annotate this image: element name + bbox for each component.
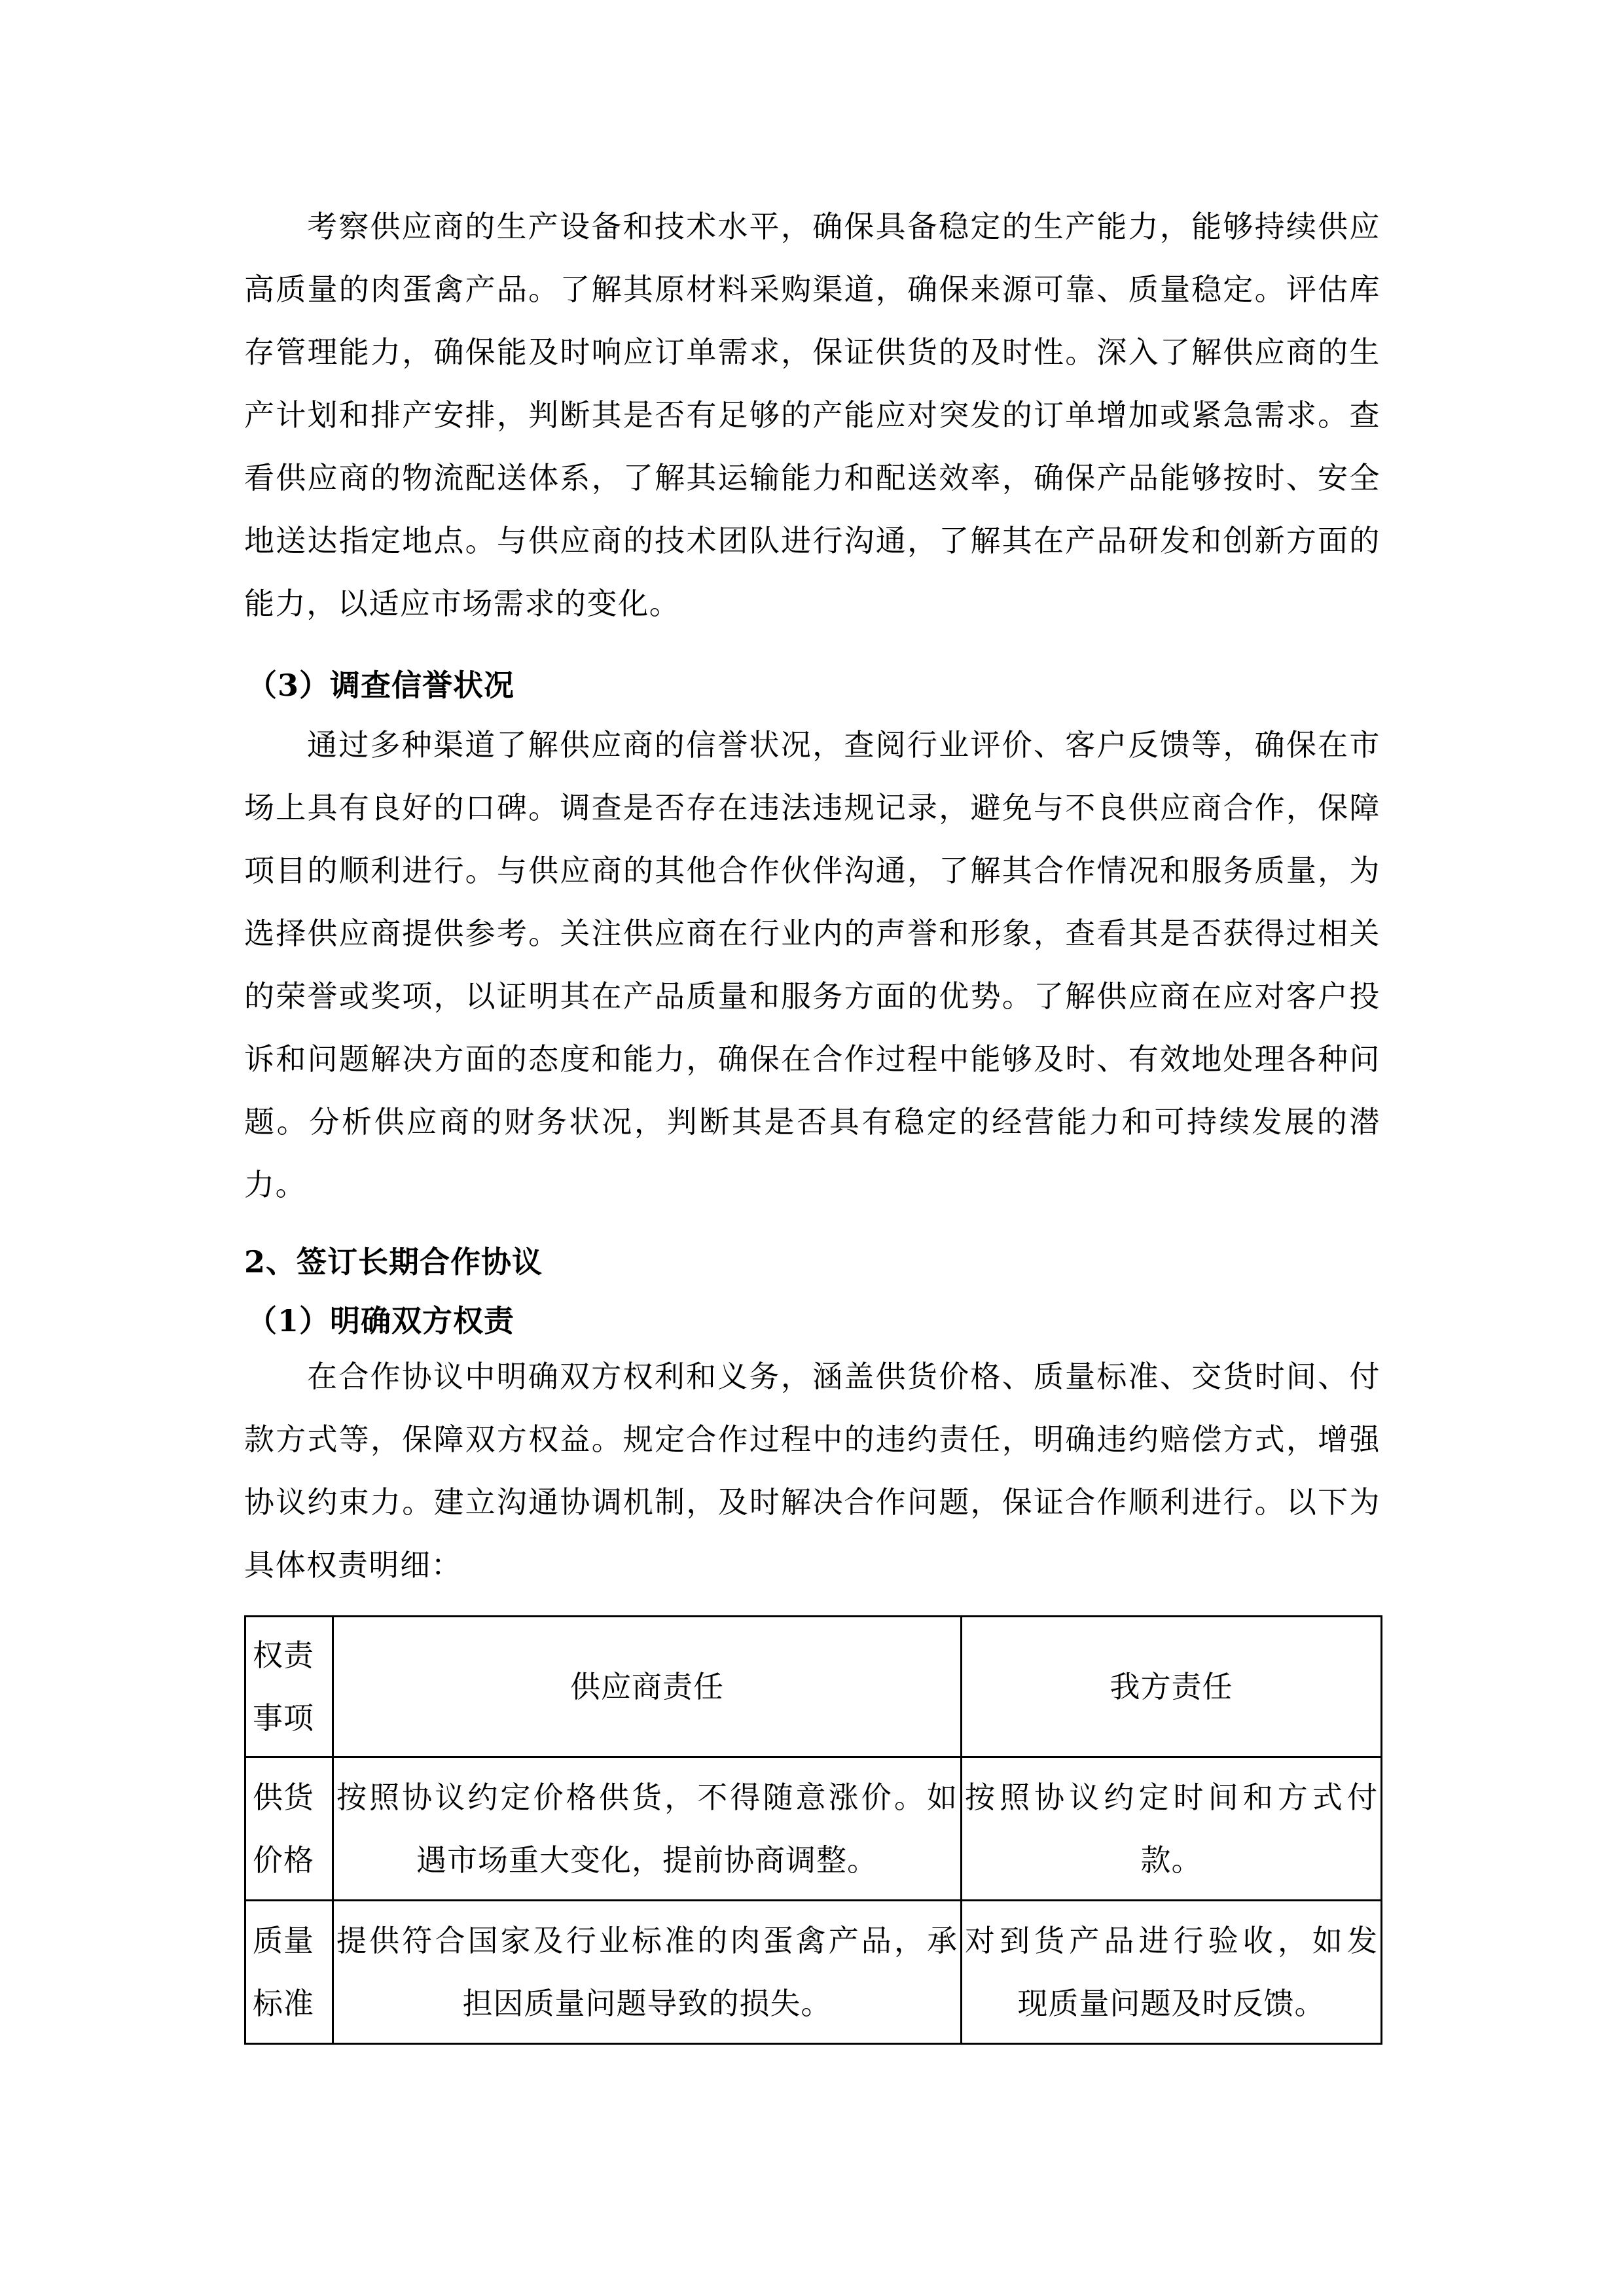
row-supplier-line2: 遇市场重大变化，提前协商调整。 — [336, 1829, 958, 1892]
row-ours-line1: 按照协议约定时间和方式付 — [965, 1766, 1378, 1829]
row-ours-line2: 款。 — [965, 1829, 1378, 1892]
header-cell-ours: 我方责任 — [962, 1617, 1382, 1757]
row-ours-line2: 现质量问题及时反馈。 — [965, 1972, 1378, 2035]
heading-rights-responsibilities: （1）明确双方权责 — [247, 1301, 514, 1340]
row-ours-cell: 按照协议约定时间和方式付 款。 — [962, 1757, 1382, 1901]
row-item-cell: 供货 价格 — [245, 1757, 333, 1901]
table-row: 质量 标准 提供符合国家及行业标准的肉蛋禽产品，承 担因质量问题导致的损失。 对… — [245, 1901, 1382, 2044]
paragraph-rights-responsibilities: 在合作协议中明确双方权利和义务，涵盖供货价格、质量标准、交货时间、付款方式等，保… — [244, 1345, 1380, 1596]
row-supplier-line1: 按照协议约定价格供货，不得随意涨价。如 — [336, 1766, 958, 1829]
header-supplier-label: 供应商责任 — [570, 1669, 724, 1704]
row-supplier-line2: 担因质量问题导致的损失。 — [336, 1972, 958, 2035]
header-item-line1: 权责 — [253, 1624, 329, 1687]
row-supplier-line1: 提供符合国家及行业标准的肉蛋禽产品，承 — [336, 1909, 958, 1972]
paragraph-supplier-capacity: 考察供应商的生产设备和技术水平，确保具备稳定的生产能力，能够持续供应高质量的肉蛋… — [244, 195, 1380, 635]
table-row: 供货 价格 按照协议约定价格供货，不得随意涨价。如 遇市场重大变化，提前协商调整… — [245, 1757, 1382, 1901]
responsibilities-table: 权责 事项 供应商责任 我方责任 供货 价格 按照协议约定价格供货，不得随意涨价… — [244, 1615, 1382, 2045]
header-cell-item: 权责 事项 — [245, 1617, 333, 1757]
heading-long-term-agreement: 2、签订长期合作协议 — [244, 1242, 543, 1282]
row-ours-cell: 对到货产品进行验收，如发 现质量问题及时反馈。 — [962, 1901, 1382, 2044]
row-ours-line1: 对到货产品进行验收，如发 — [965, 1909, 1378, 1972]
row-supplier-cell: 提供符合国家及行业标准的肉蛋禽产品，承 担因质量问题导致的损失。 — [333, 1901, 962, 2044]
row-item-line1: 质量 — [253, 1909, 329, 1972]
row-supplier-cell: 按照协议约定价格供货，不得随意涨价。如 遇市场重大变化，提前协商调整。 — [333, 1757, 962, 1901]
header-ours-label: 我方责任 — [1110, 1669, 1233, 1704]
row-item-cell: 质量 标准 — [245, 1901, 333, 2044]
header-cell-supplier: 供应商责任 — [333, 1617, 962, 1757]
row-item-line1: 供货 — [253, 1766, 329, 1829]
table-header-row: 权责 事项 供应商责任 我方责任 — [245, 1617, 1382, 1757]
header-item-line2: 事项 — [253, 1687, 329, 1749]
paragraph-supplier-reputation: 通过多种渠道了解供应商的信誉状况，查阅行业评价、客户反馈等，确保在市场上具有良好… — [244, 713, 1380, 1216]
row-item-line2: 价格 — [253, 1829, 329, 1892]
row-item-line2: 标准 — [253, 1972, 329, 2035]
heading-reputation: （3）调查信誉状况 — [247, 666, 514, 705]
